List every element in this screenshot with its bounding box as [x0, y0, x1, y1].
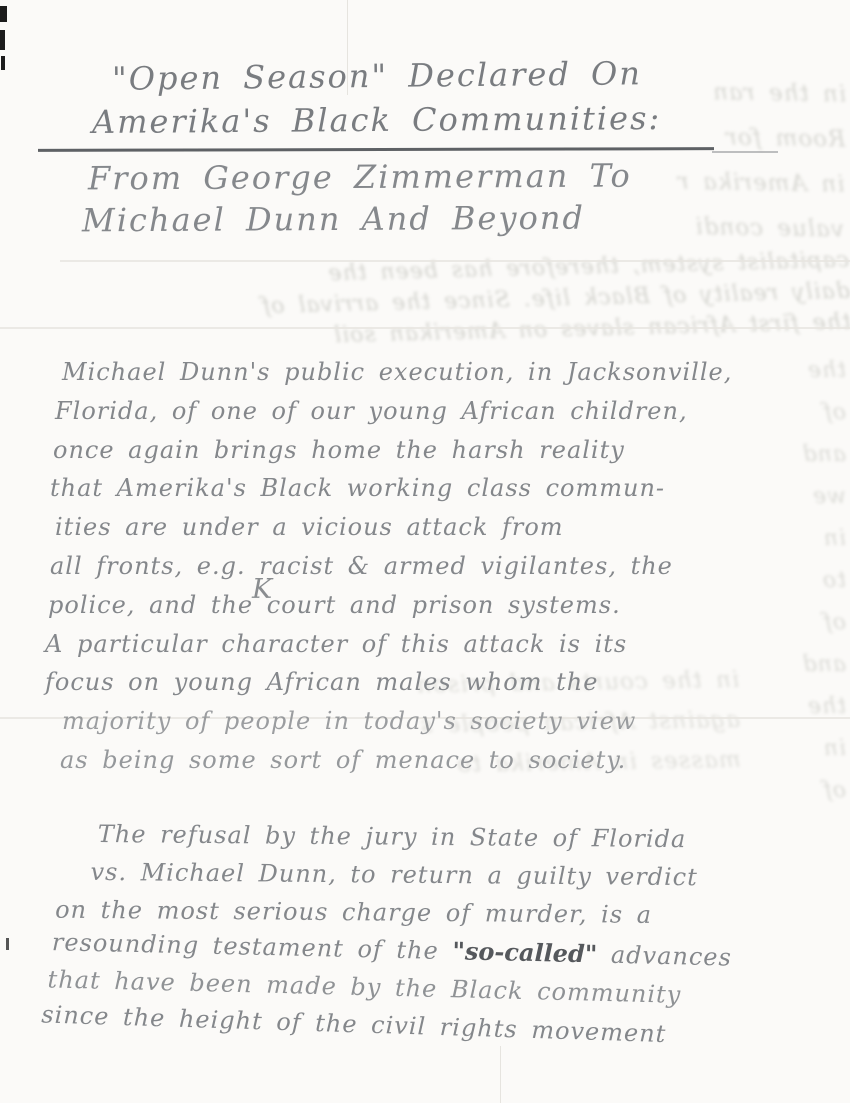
- scanned-page: in the ranRoom forin Amerika rvalue cond…: [0, 0, 850, 1103]
- title-line-3: From George Zimmerman To: [88, 157, 632, 198]
- title-line-2: Amerika's Black Communities:: [92, 99, 661, 141]
- handwritten-line: once again brings home the harsh reality: [53, 431, 825, 470]
- handwritten-line: A particular character of this attack is…: [45, 625, 825, 664]
- title-line-1: "Open Season" Declared On: [112, 54, 642, 98]
- handwritten-line: Michael Dunn's public execution, in Jack…: [62, 353, 825, 392]
- emphasized-text: "so-called": [452, 936, 598, 968]
- handwritten-line: police, and the court and prison systems…: [48, 586, 825, 625]
- paragraph-1: Michael Dunn's public execution, in Jack…: [45, 353, 825, 780]
- stray-mark: K: [252, 574, 272, 605]
- fold-crease: [0, 327, 850, 329]
- scan-edge-artifact: [0, 6, 7, 22]
- scan-edge-artifact: [6, 938, 9, 950]
- handwritten-line: the first African slaves on Amerikan soi…: [291, 307, 850, 353]
- text-segment: resounding testament of the: [52, 928, 453, 965]
- text-segment: advances: [597, 940, 732, 971]
- paragraph-2: The refusal by the jury in State of Flor…: [41, 815, 843, 1050]
- scan-edge-artifact: [0, 30, 5, 50]
- fold-crease: [60, 260, 850, 262]
- title-underline: [38, 147, 714, 152]
- handwritten-line: capitalist system, therefore has been th…: [289, 245, 850, 291]
- handwritten-line: that Amerika's Black working class commu…: [50, 469, 825, 508]
- handwritten-line: majority of people in today's society vi…: [62, 702, 825, 741]
- handwritten-line: focus on young African males whom the: [45, 663, 825, 702]
- handwritten-line: value condi: [543, 202, 844, 252]
- handwritten-line: as being some sort of menace to society.: [60, 741, 825, 780]
- handwritten-line: all fronts, e.g. racist & armed vigilant…: [50, 547, 825, 586]
- scan-edge-artifact: [1, 56, 5, 70]
- fold-crease: [500, 1046, 501, 1103]
- handwritten-line: The refusal by the jury in State of Flor…: [98, 815, 843, 859]
- handwritten-line: ities are under a vicious attack from: [55, 508, 825, 547]
- handwritten-line: daily reality of Black life. Since the a…: [290, 276, 850, 322]
- title-line-4: Michael Dunn And Beyond: [82, 199, 585, 240]
- title-underline-tail: [712, 151, 778, 153]
- handwritten-line: Florida, of one of our young African chi…: [55, 392, 825, 431]
- handwritten-line: vs. Michael Dunn, to return a guilty ver…: [90, 853, 842, 898]
